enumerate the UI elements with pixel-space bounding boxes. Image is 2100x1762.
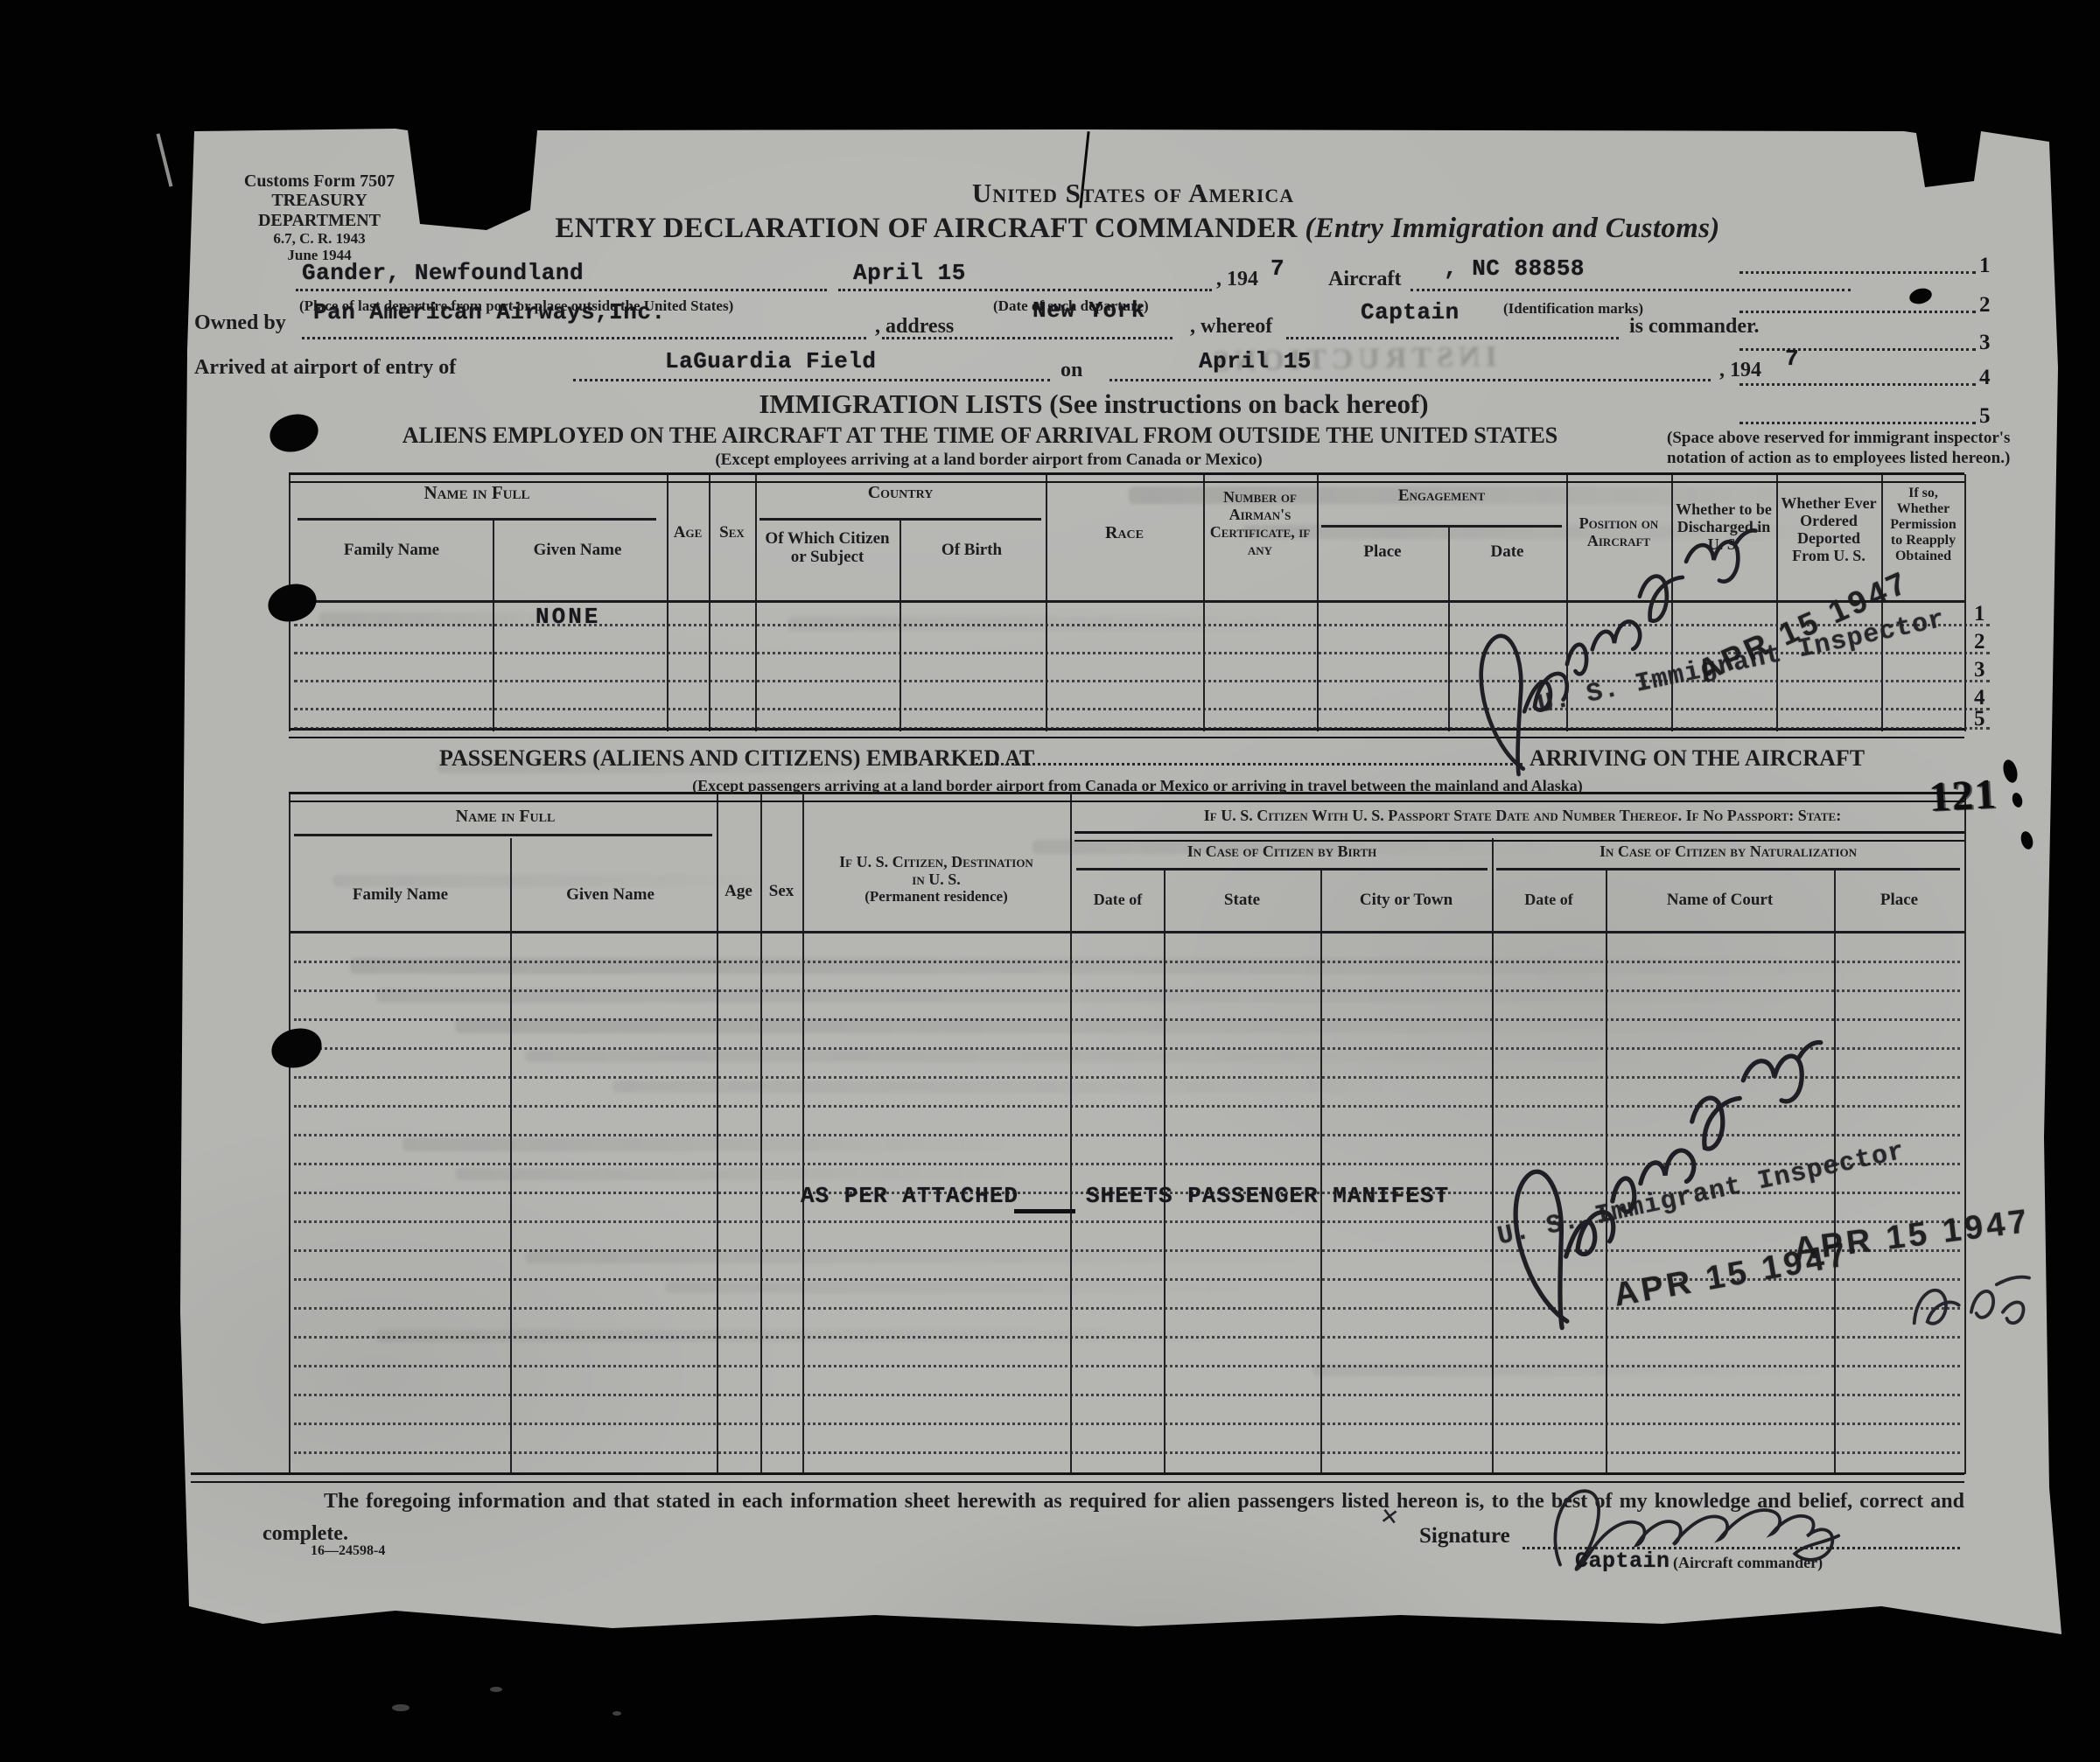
col-age: Age (667, 523, 709, 542)
departure-place-value: Gander, Newfoundland (302, 260, 584, 286)
passengers-heading-left: PASSENGERS (ALIENS AND CITIZENS) EMBARKE… (439, 745, 1034, 772)
hole-punch (264, 578, 321, 626)
column-divider (289, 794, 290, 1474)
bleed-through-text-bar (612, 1080, 1400, 1093)
dotted-line (976, 763, 1522, 766)
hole-punch (2019, 830, 2035, 851)
owned-by-label: Owned by (194, 311, 286, 335)
column-divider (1964, 474, 1966, 731)
page-title-suffix: (Entry Immigration and Customs) (1305, 213, 1719, 244)
col-place: Place (1317, 542, 1448, 561)
hole-punch (2001, 759, 2019, 785)
col-of-birth: Of Birth (904, 541, 1039, 559)
rule (294, 834, 712, 836)
dotted-line (1739, 348, 1976, 351)
rule (1496, 868, 1960, 871)
on-label: on (1060, 359, 1082, 382)
stamp-121: 121 (1928, 770, 1999, 822)
passengers-exception: (Except passengers arriving at a land bo… (595, 777, 1680, 795)
bleed-through-text-bar (455, 1019, 1767, 1033)
col-date: Date (1448, 542, 1566, 561)
page-title: ENTRY DECLARATION OF AIRCRAFT COMMANDER … (420, 213, 1855, 245)
bleed-through-text-bar (455, 1168, 1015, 1180)
col-family-name: Family Name (297, 541, 486, 559)
crew-row-number: 3 (1974, 658, 1985, 682)
dotted-line (573, 379, 1050, 381)
crew-table-row-line (294, 727, 1990, 730)
rule (289, 931, 1964, 933)
passengers-heading-right: ARRIVING ON THE AIRCRAFT (1529, 745, 1865, 772)
dotted-line (1739, 311, 1976, 313)
hole-punch (267, 1023, 325, 1073)
column-divider (709, 474, 710, 731)
col-name-of-court: Name of Court (1607, 891, 1832, 909)
signature-label: Signature (1419, 1524, 1510, 1549)
aircraft-id-value: , NC 88858 (1444, 255, 1585, 282)
passport-header: If U. S. Citizen With U. S. Passport Sta… (1085, 807, 1960, 824)
col-deported: Whether Ever Ordered Deported From U. S. (1778, 494, 1879, 565)
col-sex: Sex (709, 523, 755, 542)
column-divider (1317, 474, 1319, 731)
address-label: , address (875, 315, 954, 339)
rule (297, 518, 656, 521)
arrived-label: Arrived at airport of entry of (194, 356, 456, 380)
col-destination: If U. S. Citizen, Destination in U. S. (… (809, 853, 1063, 905)
col-age-passengers: Age (717, 882, 760, 900)
col-airman-cert: Number of Airman's Certificate, if any (1207, 488, 1312, 559)
margin-line-number: 2 (1979, 293, 1991, 318)
bleed-through-text-bar (665, 1282, 1277, 1293)
arrival-year-prefix: , 194 (1719, 359, 1761, 382)
column-divider (510, 838, 512, 1474)
whereof-value: Captain (1361, 299, 1459, 325)
manifest-note-right: SHEETS PASSENGER MANIFEST (1086, 1183, 1449, 1209)
col-reapply: If so, Whether Permission to Reapply Obt… (1883, 486, 1963, 564)
col-engagement: Engagement (1317, 486, 1566, 505)
col-place: Place (1836, 891, 1963, 909)
aircraft-caption: (Identification marks) (1503, 300, 1643, 318)
col-name-in-full: Name in Full (297, 483, 656, 504)
passenger-table-row-line (294, 1423, 1960, 1425)
margin-line-number: 3 (1979, 331, 1991, 355)
department: TREASURY DEPARTMENT (210, 191, 429, 230)
col-destination-line3: (Permanent residence) (809, 888, 1063, 905)
owned-by-value: Pan American Airways,Inc. (313, 299, 666, 325)
bleed-through-text-bar (525, 1050, 1662, 1062)
margin-line-number: 1 (1979, 254, 1991, 278)
crew-row-number: 2 (1974, 630, 1985, 654)
hole-punch (2011, 792, 2024, 808)
column-divider (1964, 794, 1966, 1474)
passenger-table-row-line (294, 1307, 1960, 1310)
col-destination-line1: If U. S. Citizen, Destination (809, 853, 1063, 871)
col-sex-passengers: Sex (760, 882, 802, 900)
col-destination-line2: in U. S. (809, 871, 1063, 888)
bleed-through-text-bar (787, 617, 1312, 631)
col-country: Country (755, 483, 1046, 502)
form-number-block: Customs Form 7507 TREASURY DEPARTMENT 6.… (210, 171, 429, 263)
column-divider (1046, 474, 1047, 731)
bleed-through-text-bar (376, 989, 1820, 1003)
departure-date-value: April 15 (853, 260, 966, 286)
bleed-through-text-bar (1312, 1365, 1837, 1376)
page-title-main: ENTRY DECLARATION OF AIRCRAFT COMMANDER (555, 213, 1297, 244)
dotted-line (1286, 337, 1619, 339)
dotted-line (1739, 383, 1976, 386)
departure-year-digit: 7 (1270, 255, 1284, 282)
arrival-year-digit: 7 (1785, 346, 1799, 372)
inspector-note-line1: (Space above reserved for immigrant insp… (1667, 429, 2010, 448)
dotted-line (296, 289, 827, 291)
col-name-in-full-passengers: Name in Full (297, 807, 713, 826)
whereof-label: , whereof (1190, 315, 1272, 339)
rule (759, 518, 1041, 521)
crew-table-row-line (294, 708, 1990, 710)
scanned-document-page: Customs Form 7507 TREASURY DEPARTMENT 6.… (0, 0, 2100, 1762)
dotted-line (1739, 271, 1976, 274)
dust-speck (392, 1704, 409, 1711)
immigration-subheading: ALIENS EMPLOYED ON THE AIRCRAFT AT THE T… (332, 423, 1627, 449)
aircraft-label: Aircraft (1328, 268, 1402, 291)
group-citizen-by-naturalization: In Case of Citizen by Naturalization (1496, 843, 1960, 860)
immigration-heading: IMMIGRATION LISTS (See instructions on b… (525, 388, 1662, 420)
manifest-blank-line (1014, 1209, 1075, 1213)
dust-speck (612, 1711, 621, 1716)
country-title: United States of America (774, 178, 1492, 209)
col-given-name: Given Name (494, 541, 661, 559)
inspector-note-line2: notation of action as to employees liste… (1667, 449, 2010, 468)
margin-line-number: 5 (1979, 404, 1991, 429)
col-citizen-of: Of Which Citizen or Subject (759, 529, 895, 567)
dotted-line (1109, 379, 1711, 381)
bleed-through-text-bar (376, 1330, 1251, 1342)
col-race: Race (1046, 523, 1203, 542)
hole-punch (1907, 286, 1934, 306)
column-divider (667, 474, 668, 731)
dust-speck (490, 1687, 502, 1692)
dotted-line (1410, 289, 1851, 291)
immigration-exception: (Except employees arriving at a land bor… (551, 451, 1426, 470)
bleed-through-text-bar (402, 1137, 1015, 1151)
form-number: Customs Form 7507 (210, 171, 429, 191)
col-date-of-naturalization: Date of (1494, 891, 1604, 908)
column-divider (755, 474, 757, 731)
rule (1076, 868, 1487, 871)
passenger-table-row-line (294, 1451, 1960, 1454)
arrival-date-value: April 15 (1199, 348, 1312, 374)
dotted-line (302, 337, 866, 339)
departure-year-prefix: , 194 (1216, 268, 1258, 291)
dotted-line (1739, 422, 1976, 424)
column-divider (1203, 474, 1205, 731)
handwritten-scribble (1895, 1257, 2047, 1346)
col-date-of-birth: Date of (1072, 891, 1164, 908)
is-commander-label: is commander. (1629, 315, 1759, 339)
commander-typed: Captain (1575, 1549, 1670, 1574)
col-city-or-town: City or Town (1322, 891, 1490, 909)
hole-punch (266, 409, 323, 457)
group-citizen-by-birth: In Case of Citizen by Birth (1076, 843, 1487, 860)
airport-value: LaGuardia Field (665, 348, 877, 374)
col-family-name-passengers: Family Name (297, 885, 503, 904)
bleed-through-text-bar (525, 1251, 1312, 1263)
form-revision: 6.7, C. R. 1943 (210, 230, 429, 247)
passenger-table-row-line (294, 1394, 1960, 1396)
double-rule (289, 472, 1964, 483)
edge-sliver (157, 133, 173, 186)
crew-entry-none: NONE (535, 604, 600, 630)
crew-row-number: 1 (1974, 602, 1985, 626)
col-given-name-passengers: Given Name (512, 885, 709, 904)
column-divider (1492, 838, 1494, 1474)
dotted-line (838, 289, 1212, 291)
commander-caption: (Aircraft commander) (1673, 1554, 1823, 1572)
address-value: New York (1032, 297, 1145, 324)
margin-line-number: 4 (1979, 366, 1991, 390)
manifest-note-left: AS PER ATTACHED (801, 1183, 1018, 1209)
crew-row-number: 5 (1974, 707, 1985, 731)
bleed-through-text-bar (350, 958, 1881, 974)
print-code: 16—24598-4 (311, 1543, 385, 1559)
col-state: State (1165, 891, 1319, 909)
